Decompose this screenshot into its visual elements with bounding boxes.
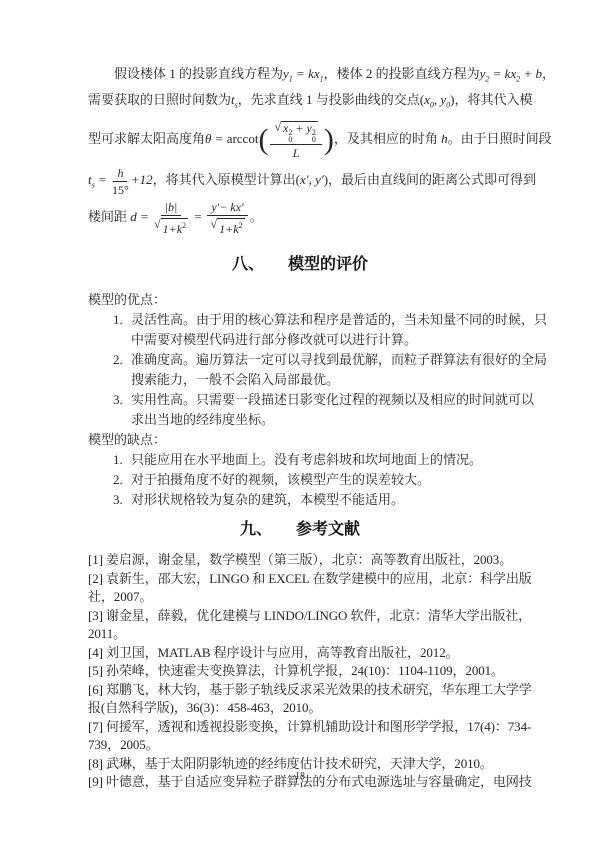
list-item-continuation: 中需要对模型代码进行部分修改就可以进行计算。 <box>88 330 512 350</box>
list-item: 3.实用性高。只需要一段描述日影变化过程的视频以及相应的时间就可以 <box>88 390 512 410</box>
reference-6-continuation: 报(自然科学版)，36(3)：458-463，2010。 <box>88 699 512 718</box>
cons-label: 模型的缺点： <box>88 430 512 450</box>
math-op: +12 <box>131 172 153 187</box>
page-number: 18 <box>0 771 600 782</box>
page-content: 假设楼体 1 的投影直线方程为y1 = kx1，楼体 2 的投影直线方程为y2 … <box>88 0 512 792</box>
reference-1: [1] 姜启源，谢金星，数学模型（第三版），北京：高等教育出版社，2003。 <box>88 551 512 570</box>
math-var: θ = <box>205 131 227 146</box>
sqrt-radical: √1+k2 <box>211 218 245 236</box>
list-item-number: 1. <box>113 450 131 470</box>
math-var: 1+k <box>219 222 238 236</box>
radical-sign: √ <box>274 121 281 134</box>
sqrt-radical: √1+k2 <box>154 218 188 236</box>
sub-sup-stack: 20 <box>312 129 316 143</box>
intro-text: 。由于日照时间段 <box>448 131 552 146</box>
math-var: = kx <box>489 66 516 81</box>
paper-page: 假设楼体 1 的投影直线方程为y1 = kx1，楼体 2 的投影直线方程为y2 … <box>0 0 600 848</box>
list-item-number: 1. <box>113 310 131 330</box>
list-item: 1.灵活性高。由于用的核心算法和程序是普适的，当未知量不同的时候，只 <box>88 310 512 330</box>
section-number: 九、 <box>240 521 272 538</box>
radicand: x20 + y20 <box>281 121 318 143</box>
fraction-d1: |b|√1+k2 <box>154 200 188 236</box>
math-sup: 2 <box>182 221 186 230</box>
intro-text: 楼间距 <box>88 209 130 224</box>
reference-7: [7] 何援军，透视和透视投影变换，计算机辅助设计和图形学学报，17(4)：73… <box>88 718 512 737</box>
fraction-denominator: √1+k2 <box>211 216 245 236</box>
list-item-text: 实用性高。只需要一段描述日影变化过程的视频以及相应的时间就可以 <box>131 392 534 407</box>
math-op: = <box>95 172 110 187</box>
intro-line-2: 需要获取的日照时间数为ts，先求直线 1 与投影曲线的交点(x0, y0)，将其… <box>88 90 512 116</box>
reference-3-continuation: 2011。 <box>88 625 512 644</box>
list-item-text: 只能应用在水平地面上。没有考虑斜坡和坎坷地面上的情况。 <box>131 452 482 467</box>
section-9-heading: 九、参考文献 <box>88 518 512 542</box>
fraction-numerator: y′− kx′ <box>207 200 247 216</box>
intro-text: 型可求解太阳高度角 <box>88 131 205 146</box>
list-item-text: 准确度高。遍历算法一定可以寻找到最优解，而粒子群算法有很好的全局 <box>131 352 547 367</box>
math-var: = kx <box>293 66 320 81</box>
math-var: + b <box>520 66 542 81</box>
list-item: 2.准确度高。遍历算法一定可以寻找到最优解，而粒子群算法有很好的全局 <box>88 350 512 370</box>
fraction-denominator: 15° <box>112 182 129 197</box>
list-item-number: 3. <box>113 490 131 510</box>
list-item-continuation: 求出当地的经纬度坐标。 <box>88 410 512 430</box>
section-title: 模型的评价 <box>288 256 368 273</box>
intro-text: ， <box>542 66 555 81</box>
list-item: 1.只能应用在水平地面上。没有考虑斜坡和坎坷地面上的情况。 <box>88 450 512 470</box>
reference-6: [6] 郑鹏飞，林大钧，基于影子轨线反求采光效果的技术研究，华东理工大学学 <box>88 681 512 700</box>
intro-text: ，先求直线 1 与投影曲线的交点( <box>238 92 424 107</box>
fraction-ts: h15° <box>112 166 129 197</box>
intro-line-5-formula-d: 楼间距 d = |b|√1+k2 = y′− kx′√1+k2。 <box>88 197 512 237</box>
reference-2: [2] 袁新生，邵大宏，LINGO 和 EXCEL 在数学建模中的应用，北京：科… <box>88 570 512 589</box>
radicand: 1+k2 <box>161 218 188 236</box>
math-op: = <box>190 209 205 224</box>
math-function: arccot <box>227 131 259 146</box>
math-var: 1+k <box>163 222 182 236</box>
radical-sign: √ <box>211 218 218 231</box>
intro-text: 。 <box>250 209 263 224</box>
intro-text: ，将其代入模 <box>455 92 533 107</box>
radical-sign: √ <box>154 218 161 231</box>
reference-3: [3] 谢金星，薛毅，优化建模与 LINDO/LINGO 软件，北京：清华大学出… <box>88 607 512 626</box>
pros-label: 模型的优点： <box>88 290 512 310</box>
fraction-numerator: |b| <box>161 200 182 216</box>
fraction-numerator: √x20 + y20 <box>270 120 321 145</box>
intro-text: ，将其代入原模型计算出( <box>153 172 300 187</box>
sqrt-radical: √x20 + y20 <box>274 121 317 143</box>
list-item-text: 灵活性高。由于用的核心算法和程序是普适的，当未知量不同的时候，只 <box>131 312 547 327</box>
fraction-denominator: L <box>293 145 300 160</box>
math-sub: 0 <box>312 136 316 143</box>
list-item-text: 对于拍摄角度不好的视频，该模型产生的误差较大。 <box>131 472 430 487</box>
intro-text: ，最后由直线间的距离公式即可得到 <box>328 172 536 187</box>
fraction-denominator: √1+k2 <box>154 216 188 236</box>
fraction-d2: y′− kx′√1+k2 <box>207 200 247 236</box>
intro-text: ，及其相应的时角 <box>334 131 441 146</box>
intro-line-3-formula-theta: 型可求解太阳高度角θ = arccot(√x20 + y20L)，及其相应的时角… <box>88 115 512 163</box>
list-item-number: 3. <box>113 390 131 410</box>
fraction-theta: √x20 + y20L <box>270 120 321 160</box>
list-item-text: 对形状规格较为复杂的建筑，本模型不能适用。 <box>131 492 404 507</box>
section-number: 八、 <box>232 256 264 273</box>
intro-text: 需要获取的日照时间数为 <box>88 92 231 107</box>
section-title: 参考文献 <box>296 521 360 538</box>
list-item: 2.对于拍摄角度不好的视频，该模型产生的误差较大。 <box>88 470 512 490</box>
intro-text: 假设楼体 1 的投影直线方程为 <box>114 66 283 81</box>
reference-4: [4] 刘卫国，MATLAB 程序设计与应用，高等教育出版社，2012。 <box>88 644 512 663</box>
math-sup: 2 <box>239 221 243 230</box>
list-item-number: 2. <box>113 350 131 370</box>
intro-text: ，楼体 2 的投影直线方程为 <box>324 66 480 81</box>
math-var: x′, y′ <box>300 172 324 187</box>
math-var: d = <box>130 209 152 224</box>
list-item-continuation: 搜索能力，一般不会陷入局部最优。 <box>88 370 512 390</box>
intro-line-4-formula-ts: ts = h15°+12，将其代入原模型计算出(x′, y′)，最后由直线间的距… <box>88 163 512 197</box>
reference-7-continuation: 739，2005。 <box>88 736 512 755</box>
math-op: + <box>292 121 306 135</box>
paren-open: ( <box>258 123 268 156</box>
fraction-numerator: h <box>113 166 127 182</box>
list-item: 3.对形状规格较为复杂的建筑，本模型不能适用。 <box>88 490 512 510</box>
radicand: 1+k2 <box>217 218 244 236</box>
math-sub: 0 <box>288 136 292 143</box>
section-8-heading: 八、模型的评价 <box>88 253 512 277</box>
list-item-number: 2. <box>113 470 131 490</box>
paren-close: ) <box>324 123 334 156</box>
intro-line-1: 假设楼体 1 的投影直线方程为y1 = kx1，楼体 2 的投影直线方程为y2 … <box>88 64 512 90</box>
reference-5: [5] 孙荣峰，快速霍夫变换算法，计算机学报，24(10)：1104-1109，… <box>88 662 512 681</box>
reference-2-continuation: 社，2007。 <box>88 588 512 607</box>
